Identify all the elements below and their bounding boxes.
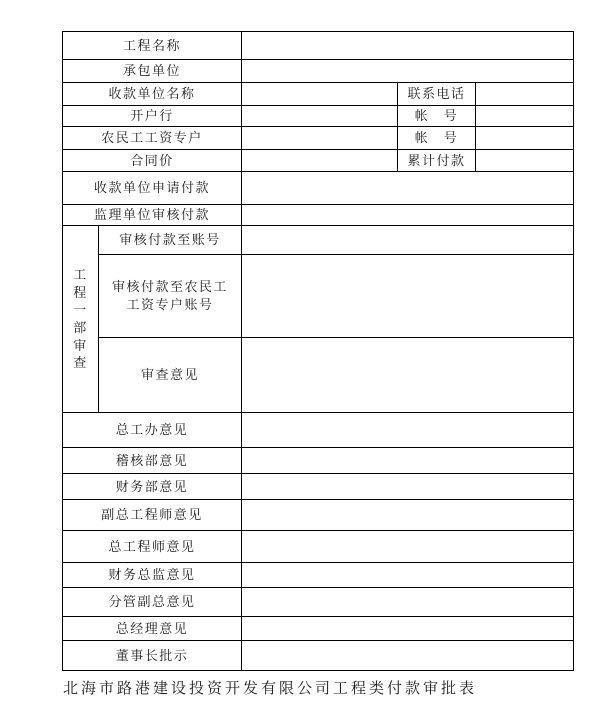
table-row: 分管副总意见 bbox=[63, 588, 574, 617]
value-chief-engineer-office-opinion bbox=[242, 413, 574, 448]
label-contract-price: 合同价 bbox=[63, 150, 242, 172]
value-deputy-gm-opinion bbox=[242, 588, 574, 617]
document-page: 工程名称 承包单位 收款单位名称 联系电话 开户行 帐 号 农民工工资专户 bbox=[0, 0, 600, 722]
value-cumulative-payment bbox=[476, 150, 574, 172]
value-review-pay-to-account bbox=[242, 226, 574, 255]
table-row: 副总工程师意见 bbox=[63, 500, 574, 531]
value-general-manager-opinion bbox=[242, 617, 574, 641]
value-review-opinion bbox=[242, 338, 574, 413]
table-row: 农民工工资专户 帐 号 bbox=[63, 127, 574, 150]
label-bank: 开户行 bbox=[63, 106, 242, 127]
table-row: 审核付款至农民工 工资专户账号 bbox=[63, 255, 574, 338]
value-account-no-2 bbox=[476, 127, 574, 150]
table-row: 收款单位申请付款 bbox=[63, 172, 574, 205]
value-supervisor-payment-review bbox=[242, 205, 574, 226]
table-row: 审查意见 bbox=[63, 338, 574, 413]
label-chief-engineer-office-opinion: 总工办意见 bbox=[63, 413, 242, 448]
table-row: 工程名称 bbox=[63, 32, 574, 60]
label-audit-dept-opinion: 稽核部意见 bbox=[63, 448, 242, 474]
table-row: 开户行 帐 号 bbox=[63, 106, 574, 127]
value-bank bbox=[242, 106, 398, 127]
label-review-opinion: 审查意见 bbox=[99, 338, 242, 413]
vertical-section-label-eng-dept-review: 工 程 一 部 审 查 bbox=[63, 226, 99, 413]
value-review-pay-to-migrant-account bbox=[242, 255, 574, 338]
table-row: 监理单位审核付款 bbox=[63, 205, 574, 226]
label-finance-dept-opinion: 财务部意见 bbox=[63, 474, 242, 500]
label-cfo-opinion: 财务总监意见 bbox=[63, 563, 242, 588]
value-project-name bbox=[242, 32, 574, 60]
label-payee-payment-request: 收款单位申请付款 bbox=[63, 172, 242, 205]
label-project-name: 工程名称 bbox=[63, 32, 242, 60]
label-contact-phone: 联系电话 bbox=[398, 83, 476, 106]
table-row: 收款单位名称 联系电话 bbox=[63, 83, 574, 106]
label-chairman-instruction: 董事长批示 bbox=[63, 641, 242, 671]
table-row: 承包单位 bbox=[63, 60, 574, 83]
value-payee-payment-request bbox=[242, 172, 574, 205]
label-review-pay-to-account: 审核付款至账号 bbox=[99, 226, 242, 255]
table-row: 总经理意见 bbox=[63, 617, 574, 641]
value-account-no-1 bbox=[476, 106, 574, 127]
label-general-manager-opinion: 总经理意见 bbox=[63, 617, 242, 641]
value-deputy-chief-engineer-opinion bbox=[242, 500, 574, 531]
label-payee-name: 收款单位名称 bbox=[63, 83, 242, 106]
label-review-pay-to-migrant-account: 审核付款至农民工 工资专户账号 bbox=[99, 255, 242, 338]
payment-approval-table: 工程名称 承包单位 收款单位名称 联系电话 开户行 帐 号 农民工工资专户 bbox=[62, 31, 574, 671]
value-audit-dept-opinion bbox=[242, 448, 574, 474]
label-cumulative-payment: 累计付款 bbox=[398, 150, 476, 172]
value-finance-dept-opinion bbox=[242, 474, 574, 500]
label-deputy-chief-engineer-opinion: 副总工程师意见 bbox=[63, 500, 242, 531]
label-account-no-2: 帐 号 bbox=[398, 127, 476, 150]
table-row: 总工程师意见 bbox=[63, 531, 574, 563]
table-row: 稽核部意见 bbox=[63, 448, 574, 474]
form-caption: 北海市路港建设投资开发有限公司工程类付款审批表 bbox=[63, 677, 477, 698]
table-row: 董事长批示 bbox=[63, 641, 574, 671]
value-chief-engineer-opinion bbox=[242, 531, 574, 563]
value-cfo-opinion bbox=[242, 563, 574, 588]
label-migrant-wage-account: 农民工工资专户 bbox=[63, 127, 242, 150]
label-contractor: 承包单位 bbox=[63, 60, 242, 83]
table-row: 总工办意见 bbox=[63, 413, 574, 448]
table-row: 合同价 累计付款 bbox=[63, 150, 574, 172]
value-contract-price bbox=[242, 150, 398, 172]
label-account-no-1: 帐 号 bbox=[398, 106, 476, 127]
value-chairman-instruction bbox=[242, 641, 574, 671]
value-contact-phone bbox=[476, 83, 574, 106]
label-supervisor-payment-review: 监理单位审核付款 bbox=[63, 205, 242, 226]
value-payee-name bbox=[242, 83, 398, 106]
label-deputy-gm-opinion: 分管副总意见 bbox=[63, 588, 242, 617]
table-row: 财务部意见 bbox=[63, 474, 574, 500]
table-row: 财务总监意见 bbox=[63, 563, 574, 588]
value-migrant-wage-account bbox=[242, 127, 398, 150]
label-chief-engineer-opinion: 总工程师意见 bbox=[63, 531, 242, 563]
value-contractor bbox=[242, 60, 574, 83]
table-row: 工 程 一 部 审 查 审核付款至账号 bbox=[63, 226, 574, 255]
